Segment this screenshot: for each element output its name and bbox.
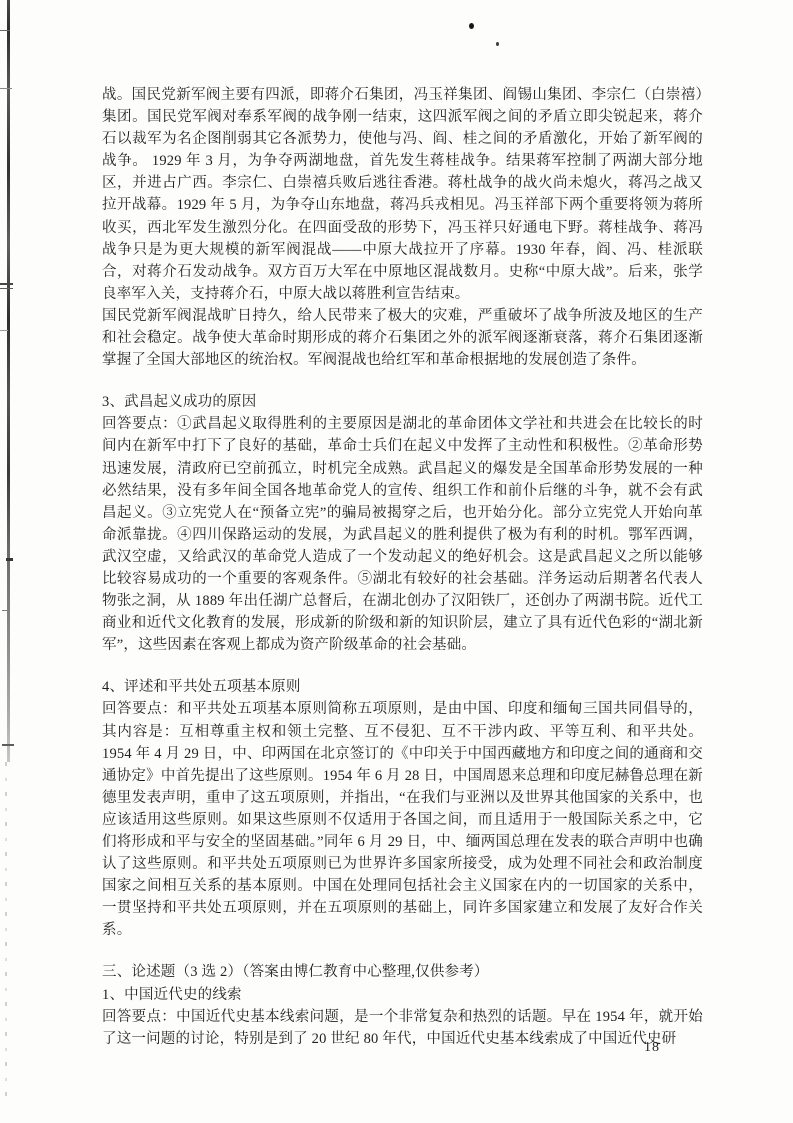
- scanned-document-page: 战。国民党新军阀主要有四派，即蒋介石集团，冯玉祥集团、阎锡山集团、李宗仁（白崇禧…: [0, 0, 793, 1123]
- scan-tick-artifact: [0, 283, 13, 285]
- scan-tick-artifact: [0, 330, 8, 331]
- scan-tick-artifact: [0, 288, 13, 289]
- scan-tick-artifact: [2, 610, 10, 611]
- scan-tick-artifact: [0, 88, 12, 89]
- scan-tick-artifact: [2, 744, 14, 746]
- question-4-answer: 回答要点：和平共处五项基本原则简称五项原则，是由中国、印度和缅甸三国共同倡导的，…: [102, 698, 703, 941]
- section-3-question-1-answer: 回答要点：中国近代史基本线索问题，是一个非常复杂和热烈的话题。早在 1954 年…: [102, 1006, 703, 1050]
- scan-edge-artifact: [7, 0, 10, 762]
- document-content: 战。国民党新军阀主要有四派，即蒋介石集团，冯玉祥集团、阎锡山集团、李宗仁（白崇禧…: [102, 84, 703, 1050]
- scan-tick-artifact: [0, 30, 10, 31]
- question-3-heading: 3、武昌起义成功的原因: [102, 391, 703, 413]
- question-4-heading: 4、评述和平共处五项基本原则: [102, 676, 703, 698]
- question-3-answer: 回答要点：①武昌起义取得胜利的主要原因是湖北的革命团体文学社和共进会在比较长的时…: [102, 413, 703, 656]
- page-number: 18: [644, 1040, 660, 1056]
- scan-dot-artifact: [469, 23, 474, 29]
- scan-edge-faint-artifact: [5, 762, 7, 1107]
- paragraph-warlords-continuation: 战。国民党新军阀主要有四派，即蒋介石集团，冯玉祥集团、阎锡山集团、李宗仁（白崇禧…: [102, 84, 703, 305]
- scan-tick-artifact: [6, 558, 13, 561]
- section-3-heading: 三、论述题（3 选 2）（答案由博仁教育中心整理,仅供参考）: [102, 961, 703, 983]
- paragraph-warlords-summary: 国民党新军阀混战旷日持久，给人民带来了极大的灾难，严重破坏了战争所波及地区的生产…: [102, 305, 703, 371]
- section-3-question-1-heading: 1、中国近代史的线索: [102, 984, 703, 1006]
- scan-dot-artifact: [496, 42, 499, 46]
